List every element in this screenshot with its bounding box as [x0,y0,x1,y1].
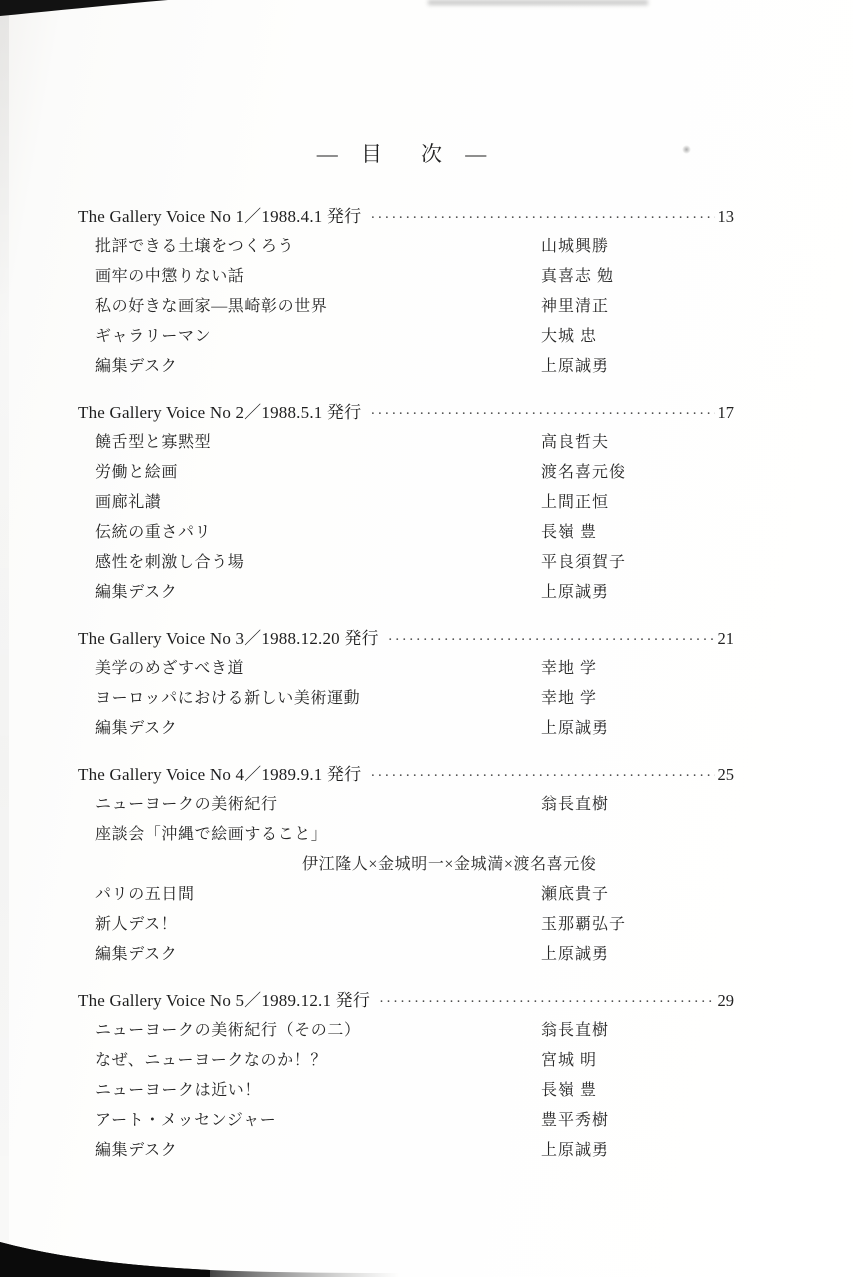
entry-title: 感性を刺激し合う場 [95,548,541,578]
entry-title: 新人デス！ [95,910,541,940]
toc-entry: 座談会「沖縄で絵画すること」 [78,820,734,850]
toc-sections: The Gallery Voice No 1／1988.4.1 発行······… [78,202,734,1166]
entry-author: 瀬底貴子 [541,880,734,910]
toc-entry: 批評できる土壌をつくろう山城興勝 [78,232,734,262]
toc-entry: 労働と絵画渡名喜元俊 [78,458,734,488]
toc-section-header: The Gallery Voice No 1／1988.4.1 発行······… [78,202,734,232]
entry-title: 画牢の中懲りない話 [95,262,541,292]
scanned-page: — 目 次 — The Gallery Voice No 1／1988.4.1 … [0,0,853,1277]
entry-title: 画廊礼讃 [95,488,541,518]
issue-title: The Gallery Voice No 3／1988.12.20 発行 [78,624,379,654]
entry-title: ニューヨークの美術紀行（その二） [95,1016,541,1046]
toc-entry: 編集デスク上原誠勇 [78,352,734,382]
entry-title: 編集デスク [95,714,541,744]
toc-entry: 伝統の重さパリ長嶺 豊 [78,518,734,548]
dotted-leader: ········································… [370,399,714,429]
entry-author: 山城興勝 [541,232,734,262]
entry-title: 饒舌型と寡黙型 [95,428,541,458]
toc-entry: パリの五日間瀬底貴子 [78,880,734,910]
entry-title: 編集デスク [95,940,541,970]
page-number: 21 [718,624,735,654]
toc-entry: 編集デスク上原誠勇 [78,714,734,744]
scan-edge-top-left [0,0,180,20]
entry-title: ニューヨークは近い！ [95,1076,541,1106]
entry-title: 座談会「沖縄で絵画すること」 [95,820,541,850]
entry-author: 上間正恒 [541,488,734,518]
scan-left-shade [0,0,9,1277]
entry-author: 豊平秀樹 [541,1106,734,1136]
page-title: — 目 次 — [78,138,734,168]
dotted-leader: ········································… [388,625,715,655]
entry-title: 美学のめざすべき道 [95,654,541,684]
toc-entry: ヨーロッパにおける新しい美術運動幸地 学 [78,684,734,714]
entry-author: 宮城 明 [541,1046,734,1076]
dotted-leader: ········································… [370,761,714,791]
entry-title: なぜ、ニューヨークなのか！？ [95,1046,541,1076]
toc-entry: 画牢の中懲りない話真喜志 勉 [78,262,734,292]
toc-entry: 編集デスク上原誠勇 [78,1136,734,1166]
toc-entry: ニューヨークは近い！長嶺 豊 [78,1076,734,1106]
toc-section-header: The Gallery Voice No 4／1989.9.1 発行······… [78,760,734,790]
entry-title: ニューヨークの美術紀行 [95,790,541,820]
toc-section-header: The Gallery Voice No 5／1989.12.1 発行·····… [78,986,734,1016]
toc-entry: アート・メッセンジャー豊平秀樹 [78,1106,734,1136]
toc-entry: ギャラリーマン大城 忠 [78,322,734,352]
page-number: 29 [718,986,735,1016]
toc-entry: 新人デス！玉那覇弘子 [78,910,734,940]
entry-title: 伝統の重さパリ [95,518,541,548]
entry-title: パリの五日間 [95,880,541,910]
toc-section: The Gallery Voice No 1／1988.4.1 発行······… [78,202,734,382]
toc-entry: 編集デスク上原誠勇 [78,578,734,608]
entry-author: 平良須賀子 [541,548,734,578]
entry-title: 編集デスク [95,352,541,382]
toc-entry-participants: 伊江隆人×金城明一×金城満×渡名喜元俊 [78,850,734,880]
entry-title: 編集デスク [95,1136,541,1166]
entry-author: 高良哲夫 [541,428,734,458]
page-number: 13 [718,202,735,232]
entry-title: 労働と絵画 [95,458,541,488]
entry-author: 渡名喜元俊 [541,458,734,488]
entry-author: 幸地 学 [541,654,734,684]
entry-author: 上原誠勇 [541,1136,734,1166]
entry-author: 神里清正 [541,292,734,322]
toc-content: — 目 次 — The Gallery Voice No 1／1988.4.1 … [78,138,734,1166]
entry-title: 伊江隆人×金城明一×金城満×渡名喜元俊 [302,850,596,880]
entry-author [541,820,734,850]
toc-section-header: The Gallery Voice No 3／1988.12.20 発行····… [78,624,734,654]
entry-author: 上原誠勇 [541,714,734,744]
scan-smudge-top [428,0,648,5]
entry-author: 長嶺 豊 [541,518,734,548]
entry-author: 玉那覇弘子 [541,910,734,940]
dotted-leader: ········································… [379,987,714,1017]
issue-title: The Gallery Voice No 1／1988.4.1 発行 [78,202,361,232]
page-number: 25 [718,760,735,790]
issue-title: The Gallery Voice No 4／1989.9.1 発行 [78,760,361,790]
toc-entry: 感性を刺激し合う場平良須賀子 [78,548,734,578]
entry-title: 編集デスク [95,578,541,608]
toc-section-header: The Gallery Voice No 2／1988.5.1 発行······… [78,398,734,428]
entry-author: 大城 忠 [541,322,734,352]
toc-entry: 美学のめざすべき道幸地 学 [78,654,734,684]
entry-author: 上原誠勇 [541,578,734,608]
entry-title: ヨーロッパにおける新しい美術運動 [95,684,541,714]
entry-author: 真喜志 勉 [541,262,734,292]
toc-section: The Gallery Voice No 4／1989.9.1 発行······… [78,760,734,970]
toc-section: The Gallery Voice No 5／1989.12.1 発行·····… [78,986,734,1166]
entry-title: 批評できる土壌をつくろう [95,232,541,262]
issue-title: The Gallery Voice No 2／1988.5.1 発行 [78,398,361,428]
toc-section: The Gallery Voice No 2／1988.5.1 発行······… [78,398,734,608]
toc-entry: 画廊礼讃上間正恒 [78,488,734,518]
entry-author: 長嶺 豊 [541,1076,734,1106]
entry-author: 翁長直樹 [541,1016,734,1046]
toc-entry: 私の好きな画家―黒崎彰の世界神里清正 [78,292,734,322]
toc-section: The Gallery Voice No 3／1988.12.20 発行····… [78,624,734,744]
entry-title: 私の好きな画家―黒崎彰の世界 [95,292,541,322]
toc-entry: 饒舌型と寡黙型高良哲夫 [78,428,734,458]
dotted-leader: ········································… [370,203,714,233]
issue-title: The Gallery Voice No 5／1989.12.1 発行 [78,986,370,1016]
toc-entry: なぜ、ニューヨークなのか！？宮城 明 [78,1046,734,1076]
entry-title: ギャラリーマン [95,322,541,352]
page-number: 17 [718,398,735,428]
scan-edge-bottom [0,1237,853,1277]
toc-entry: ニューヨークの美術紀行翁長直樹 [78,790,734,820]
entry-author: 幸地 学 [541,684,734,714]
entry-author: 翁長直樹 [541,790,734,820]
entry-author: 上原誠勇 [541,940,734,970]
entry-title: アート・メッセンジャー [95,1106,541,1136]
toc-entry: ニューヨークの美術紀行（その二）翁長直樹 [78,1016,734,1046]
entry-author: 上原誠勇 [541,352,734,382]
toc-entry: 編集デスク上原誠勇 [78,940,734,970]
